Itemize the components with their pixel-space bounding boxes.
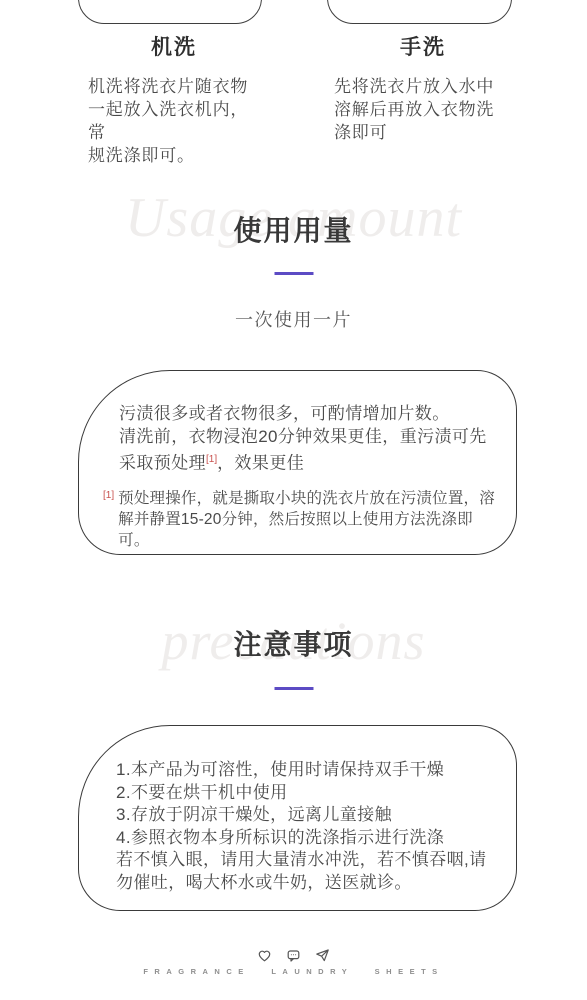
product-detail-page: 机洗 机洗将洗衣片随衣物 一起放入洗衣机内，常 规洗涤即可。 手洗 先将洗衣片放…	[0, 0, 587, 1000]
usage-section-title: 使用用量	[0, 209, 587, 249]
footer-action-bar	[0, 948, 587, 963]
precautions-divider	[274, 687, 313, 690]
usage-note-tail: ，效果更佳	[217, 454, 304, 473]
precautions-section-title: 注意事项	[0, 623, 587, 663]
machine-wash-description: 机洗将洗衣片随衣物 一起放入洗衣机内，常 规洗涤即可。	[88, 75, 260, 167]
usage-note-box: 污渍很多或者衣物很多，可酌情增加片数。 清洗前，衣物浸泡20分钟效果更佳，重污渍…	[78, 370, 517, 555]
hand-wash-image-card	[327, 0, 512, 24]
share-icon[interactable]	[315, 948, 330, 963]
precautions-box: 1.本产品为可溶性，使用时请保持双手干燥 2.不要在烘干机中使用 3.存放于阴凉…	[78, 725, 517, 911]
machine-wash-title: 机洗	[88, 36, 260, 60]
heart-icon[interactable]	[257, 948, 272, 963]
footnote-text: 预处理操作，就是撕取小块的洗衣片放在污渍位置，溶 解并静置15-20分钟，然后按…	[118, 488, 504, 551]
hand-wash-description: 先将洗衣片放入水中 溶解后再放入衣物洗 涤即可	[334, 75, 512, 144]
footnote-superscript: [1]	[206, 454, 217, 465]
machine-wash-section: 机洗 机洗将洗衣片随衣物 一起放入洗衣机内，常 规洗涤即可。	[88, 36, 260, 167]
footer-caption: FRAGRANCE LAUNDRY SHEETS	[0, 967, 587, 976]
usage-footnote: [1] 预处理操作，就是撕取小块的洗衣片放在污渍位置，溶 解并静置15-20分钟…	[119, 488, 504, 551]
footnote-marker: [1]	[103, 488, 114, 551]
hand-wash-section: 手洗 先将洗衣片放入水中 溶解后再放入衣物洗 涤即可	[334, 36, 512, 144]
usage-subtitle: 一次使用一片	[0, 306, 587, 332]
comment-icon[interactable]	[286, 948, 301, 963]
precautions-list: 1.本产品为可溶性，使用时请保持双手干燥 2.不要在烘干机中使用 3.存放于阴凉…	[116, 759, 504, 894]
usage-divider	[274, 272, 313, 275]
machine-wash-image-card	[78, 0, 262, 24]
usage-note-text: 污渍很多或者衣物很多，可酌情增加片数。 清洗前，衣物浸泡20分钟效果更佳，重污渍…	[119, 402, 504, 475]
hand-wash-title: 手洗	[334, 36, 512, 60]
